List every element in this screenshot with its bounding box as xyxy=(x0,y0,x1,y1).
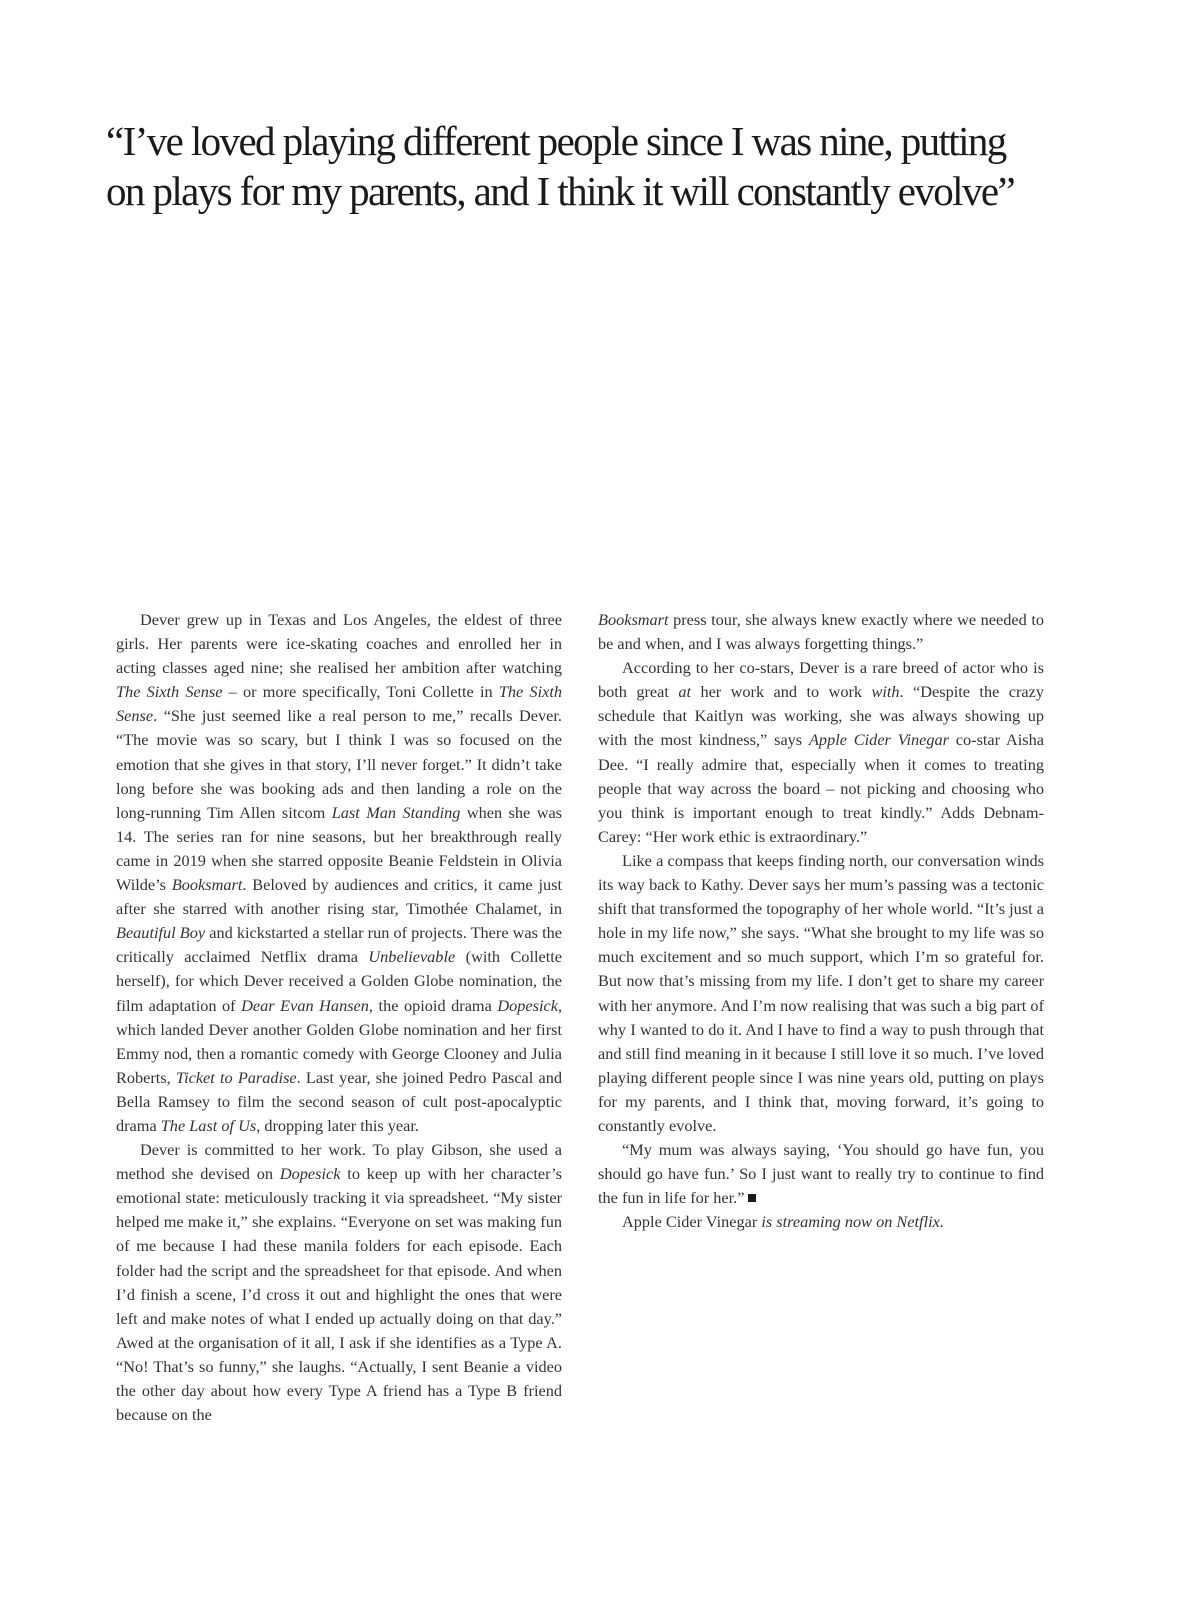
pull-quote-line-2: on plays for my parents, and I think it … xyxy=(106,166,1046,216)
film-title: Booksmart xyxy=(172,875,243,894)
text-run: to keep up with her character’s emotiona… xyxy=(116,1164,562,1424)
show-title: Dopesick xyxy=(497,996,558,1015)
film-title: Dear Evan Hansen xyxy=(241,996,369,1015)
emphasis: at xyxy=(678,682,691,701)
text-run: Like a compass that keeps finding north,… xyxy=(598,851,1044,1135)
text-run: her work and to work xyxy=(691,682,871,701)
paragraph: Like a compass that keeps finding north,… xyxy=(598,849,1044,1138)
paragraph: Booksmart press tour, she always knew ex… xyxy=(598,608,1044,656)
pull-quote: “I’ve loved playing different people sin… xyxy=(106,116,1046,216)
emphasis: with xyxy=(871,682,899,701)
article-body: Dever grew up in Texas and Los Angeles, … xyxy=(116,608,1044,1427)
show-title: Apple Cider Vinegar xyxy=(622,1212,757,1231)
paragraph: Dever is committed to her work. To play … xyxy=(116,1138,562,1427)
text-run: – or more specifically, Toni Collette in xyxy=(222,682,498,701)
film-title: Beautiful Boy xyxy=(116,923,205,942)
show-title: Last Man Standing xyxy=(332,803,461,822)
text-run: Dever grew up in Texas and Los Angeles, … xyxy=(116,610,562,677)
pull-quote-line-1: “I’ve loved playing different people sin… xyxy=(106,116,1046,166)
streaming-credit: Apple Cider Vinegar is streaming now on … xyxy=(598,1210,1044,1234)
end-of-article-square-icon xyxy=(748,1194,756,1202)
article-column-left: Dever grew up in Texas and Los Angeles, … xyxy=(116,608,562,1427)
film-title: Ticket to Paradise xyxy=(176,1068,297,1087)
show-title: The Last of Us xyxy=(161,1116,256,1135)
text-run: , dropping later this year. xyxy=(256,1116,419,1135)
show-title: Dopesick xyxy=(280,1164,341,1183)
text-run: , the opioid drama xyxy=(369,996,497,1015)
article-column-right: Booksmart press tour, she always knew ex… xyxy=(598,608,1044,1427)
credit-text: is streaming now on Netflix. xyxy=(757,1212,944,1231)
paragraph: According to her co-stars, Dever is a ra… xyxy=(598,656,1044,849)
show-title: Apple Cider Vinegar xyxy=(809,730,949,749)
show-title: Unbelievable xyxy=(368,947,455,966)
paragraph: Dever grew up in Texas and Los Angeles, … xyxy=(116,608,562,1138)
film-title: Booksmart xyxy=(598,610,669,629)
paragraph: “My mum was always saying, ‘You should g… xyxy=(598,1138,1044,1210)
film-title: The Sixth Sense xyxy=(116,682,222,701)
text-run: “My mum was always saying, ‘You should g… xyxy=(598,1140,1044,1207)
